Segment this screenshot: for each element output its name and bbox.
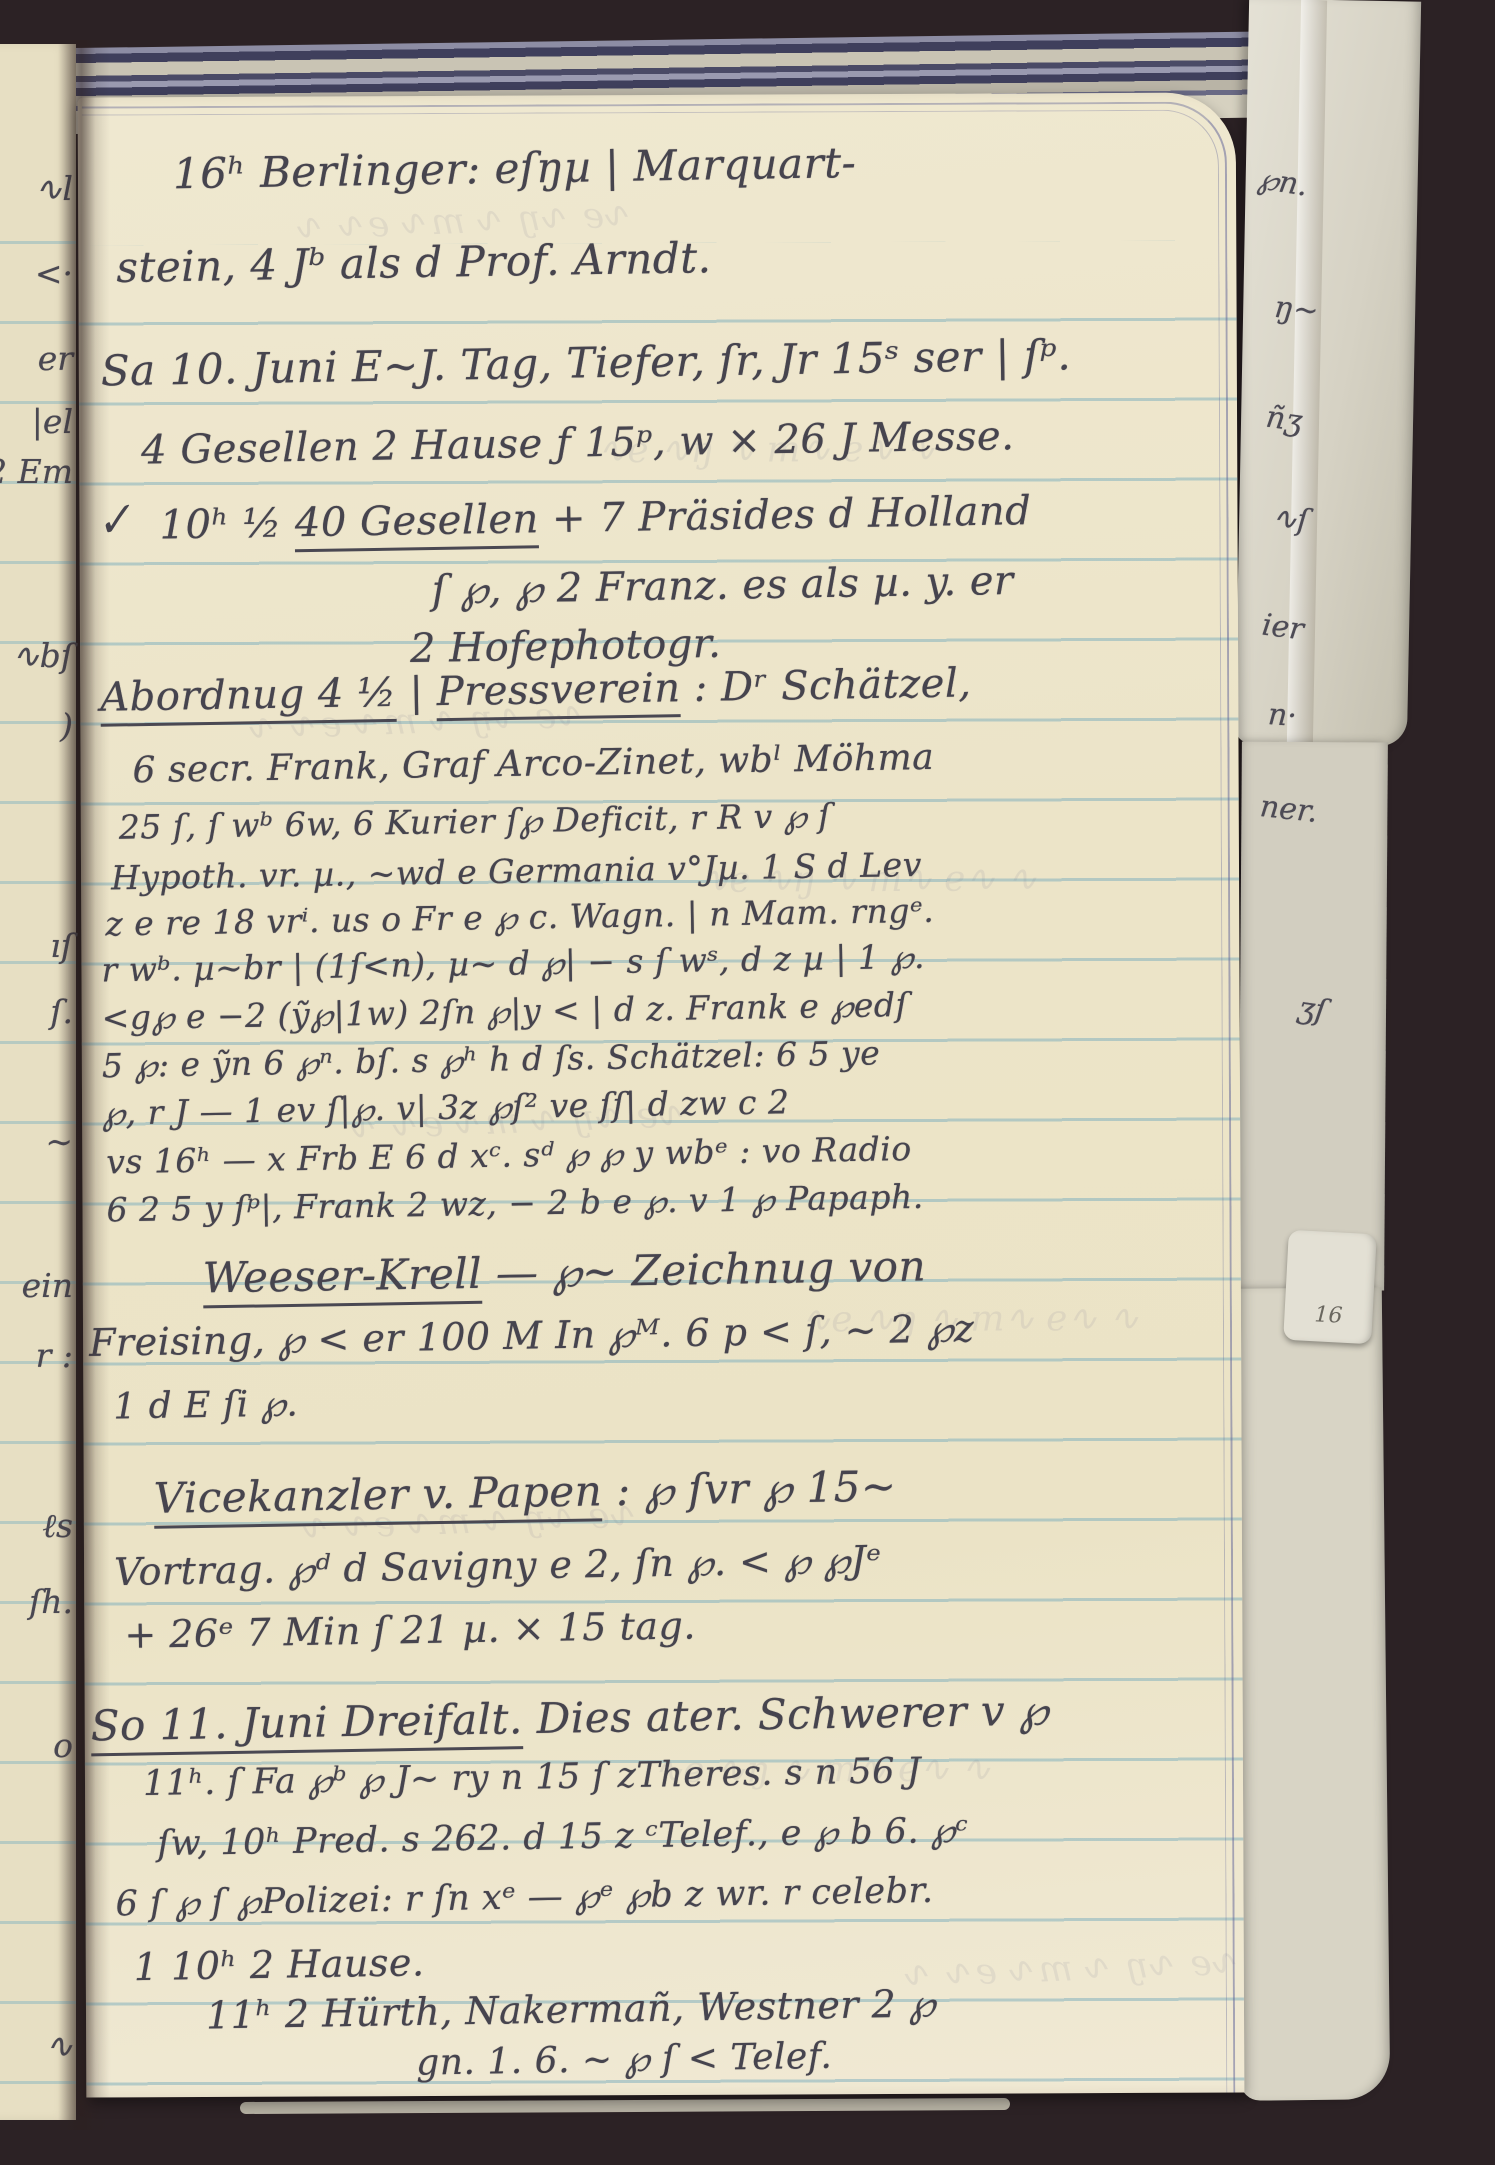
right-edge-text-fragment: ier [1260,608,1306,648]
left-edge-text-fragment: o [53,1726,73,1765]
left-edge-text-fragment: ∿ [45,2026,73,2065]
underlined-phrase: Abordnug 4 ½ [100,670,397,727]
right-edge-text-fragment: ʒſ [1296,990,1329,1029]
left-edge-text-fragment: r : [36,1336,73,1375]
page-number: 16 [1314,1302,1343,1328]
right-edge-text-fragment: ñʒ [1264,400,1305,440]
underlined-phrase: Vicekanzler v. Papen [153,1466,602,1528]
left-page-edge: ∿l <· er |el 2 Em ∿bſ ) ıſ ſ. ∼ ein r : … [0,44,76,2120]
right-edge-text-fragment: ner. [1258,789,1319,830]
left-edge-text-fragment: er [38,339,73,378]
right-edge-text-fragment: ŋ∼ [1272,290,1320,329]
handwriting-line: 1 10ʰ 2 Hause. [133,1940,424,1989]
handwriting-line: 1 d E ſi ℘. [113,1383,299,1427]
left-edge-text-fragment: |el [32,402,73,441]
left-edge-text-fragment: ℓs [42,1506,73,1546]
left-edge-text-fragment: ſ. [50,992,73,1031]
page-bottom-edge [240,2098,1010,2114]
handwriting-line: stein, 4 Jᵇ als d Prof. Arndt. [116,233,712,292]
handwriting-line: ſ ℘, ℘ 2 Franz. es als µ. y. er [431,558,1014,614]
left-edge-text-fragment: 2 Em [0,452,73,491]
left-edge-text-fragment: ∿l [35,169,73,208]
torn-page-edge-bottom [1232,1287,1390,2101]
underlined-phrase: So 11. Juni Dreifalt. [90,1694,523,1756]
left-edge-text-fragment: ſh. [29,1582,73,1621]
handwriting-line: gn. 1. 6. ∼ ℘ ſ < Telef. [416,2036,833,2084]
underlined-phrase: 40 Gesellen [295,496,540,552]
left-edge-text-fragment: ∿bſ [12,636,73,675]
right-edge-text-fragment: ℘n. [1256,161,1311,203]
left-edge-text-fragment: ein [22,1266,73,1305]
left-edge-text-fragment: ıſ [50,926,73,965]
scanned-notebook-photo: ∿l <· er |el 2 Em ∿bſ ) ıſ ſ. ∼ ein r : … [0,0,1495,2165]
diary-page: ∿e ∿ŋ ∿ m∿ e∿ ∿ ∿e ∿ŋ ∿ m∿ e∿ ∿ ∿e ∿ŋ ∿ … [78,92,1245,2097]
left-edge-text-fragment: <· [35,254,73,293]
left-edge-text-fragment: ) [60,706,73,745]
right-edge-text-fragment: ∿ſ [1271,500,1310,538]
underlined-phrase: Pressverein [436,665,681,721]
right-edge-text-fragment: n· [1267,697,1298,734]
underlined-phrase: Weeser-Krell [202,1249,482,1309]
left-edge-text-fragment: ∼ [45,1122,73,1161]
page-number-tab: 16 [1283,1230,1377,1344]
